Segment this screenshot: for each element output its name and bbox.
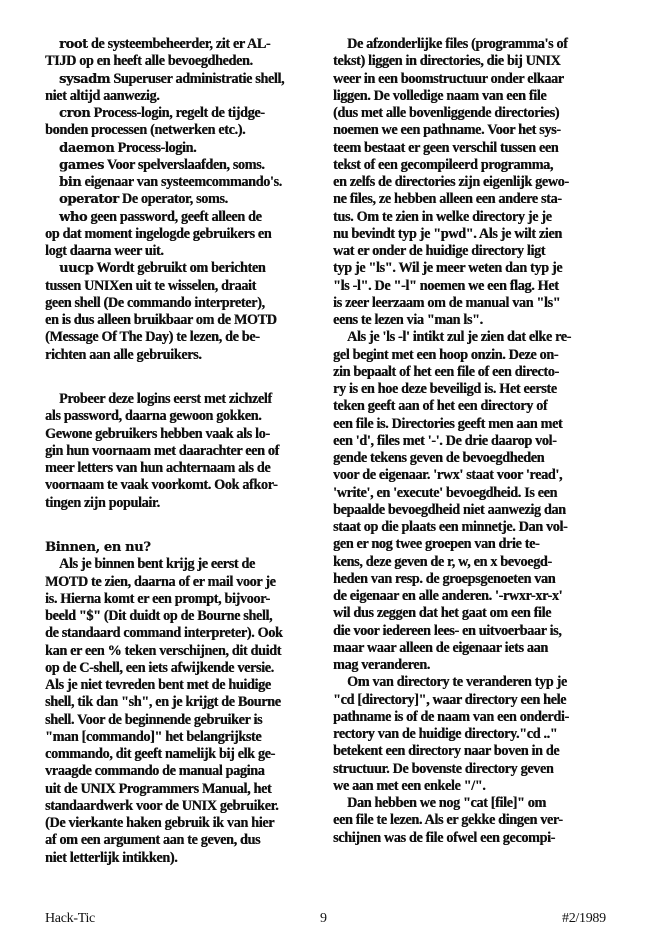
login-name: sysadm — [59, 72, 110, 87]
paragraph-cat: Dan hebben we nog "cat [file]" om een fi… — [333, 795, 609, 847]
text-line: gen er nog twee groepen van drie te- — [333, 536, 609, 553]
text-line: tussen UNIXen uit te wisselen, draait — [45, 278, 321, 295]
text-line: tingen zijn populair. — [45, 495, 321, 512]
text-line: pathname is of de naam van een onderdi- — [333, 709, 609, 726]
text-line: uit de UNIX Programmers Manual, het — [45, 781, 321, 798]
text-line: teem bestaat er geen verschil tussen een — [333, 140, 609, 157]
text-line: gin hun voornaam met daarachter een of — [45, 443, 321, 460]
paragraph-binnen: Als je binnen bent krijg je eerst de MOT… — [45, 556, 321, 867]
text-line: een 'd', files met '-'. De drie daarop v… — [333, 433, 609, 450]
text-line: voor de eigenaar. 'rwx' staat voor 'read… — [333, 467, 609, 484]
spacer — [45, 381, 321, 391]
text-line: logt daarna weer uit. — [45, 243, 321, 260]
text-line: typ je "ls". Wil je meer weten dan typ j… — [333, 260, 609, 277]
text-line: tekst) liggen in directories, die bij UN… — [333, 53, 609, 70]
login-name: uucp — [59, 261, 93, 276]
text-line: kens, deze geven de r, w, en x bevoegd- — [333, 554, 609, 571]
text-line: tus. Om te zien in welke directory je je — [333, 209, 609, 226]
login-name: root — [59, 37, 88, 52]
text-line: standaardwerk voor de UNIX gebruiker. — [45, 798, 321, 815]
text-line: "man [commando]" het belangrijkste — [45, 729, 321, 746]
text-line: gende tekens geven de bevoegdheden — [333, 450, 609, 467]
login-entry-root: root de systeembeheerder, zit er AL- — [45, 36, 321, 53]
text-line: de eigenaar en alle anderen. '-rwxr-xr-x… — [333, 588, 609, 605]
login-entry-operator: operator De operator, soms. — [45, 191, 321, 208]
text-line: richten aan alle gebruikers. — [45, 347, 321, 364]
text-line: zin bepaalt of het een file of een direc… — [333, 364, 609, 381]
text-line: en is dus alleen bruikbaar om de MOTD — [45, 312, 321, 329]
text-line: "cd [directory]", waar directory een hel… — [333, 692, 609, 709]
text-line: Als je 'ls -l' intikt zul je zien dat el… — [333, 329, 609, 346]
text-line: nu bevindt typ je "pwd". Als je wilt zie… — [333, 226, 609, 243]
paragraph-ls-l: Als je 'ls -l' intikt zul je zien dat el… — [333, 329, 609, 674]
text-line: Als je niet tevreden bent met de huidige — [45, 677, 321, 694]
login-name: who — [59, 210, 87, 225]
left-column: root de systeembeheerder, zit er AL- TIJ… — [45, 36, 321, 867]
login-name: bin — [59, 175, 81, 190]
text-line: heden van resp. de groepsgenoeten van — [333, 571, 609, 588]
text-line: staat op die plaats een minnetje. Dan vo… — [333, 519, 609, 536]
text-line: structuur. De bovenste directory geven — [333, 761, 609, 778]
text-line: niet altijd aanwezig. — [45, 88, 321, 105]
text-line: (dus met alle bovenliggende directories) — [333, 105, 609, 122]
text-line: beeld "$" (Dit duidt op de Bourne shell, — [45, 608, 321, 625]
text-line: voornaam te vaak voorkomt. Ook afkor- — [45, 477, 321, 494]
text-line: "ls -l". De "-l" noemen we een flag. Het — [333, 278, 609, 295]
login-name: games — [59, 158, 104, 173]
text-line: maar waar alleen de eigenaar iets aan — [333, 640, 609, 657]
text-line: meer letters van hun achternaam als de — [45, 460, 321, 477]
login-entry-cron: cron Process-login, regelt de tijdge- — [45, 105, 321, 122]
text-line: TIJD op en heeft alle bevoegdheden. — [45, 53, 321, 70]
paragraph-probeer: Probeer deze logins eerst met zichzelf a… — [45, 391, 321, 512]
text-line: 'write', en 'execute' bevoegdheid. Is ee… — [333, 485, 609, 502]
login-entry-who: who geen password, geeft alleen de — [45, 209, 321, 226]
text-line: kan er een % teken verschijnen, dit duid… — [45, 643, 321, 660]
text-line: de standaard command interpreter). Ook — [45, 625, 321, 642]
text-line: ne files, ze hebben alleen een andere st… — [333, 191, 609, 208]
footer-magazine-name: Hack-Tic — [45, 911, 95, 927]
text-line: rectory van de huidige directory."cd .." — [333, 726, 609, 743]
footer-issue: #2/1989 — [562, 911, 606, 927]
login-entry-games: games Voor spelverslaafden, soms. — [45, 157, 321, 174]
text-line: bonden processen (netwerken etc.). — [45, 122, 321, 139]
login-name: daemon — [59, 141, 114, 156]
login-entry-uucp: uucp Wordt gebruikt om berichten — [45, 260, 321, 277]
right-column: De afzonderlijke files (programma's of t… — [333, 36, 609, 847]
login-name: cron — [59, 106, 90, 121]
text-line: tekst of een gecompileerd programma, — [333, 157, 609, 174]
text-line: een file te lezen. Als er gekke dingen v… — [333, 812, 609, 829]
text-line: Om van directory te veranderen typ je — [333, 674, 609, 691]
spacer — [45, 364, 321, 381]
text-line: als password, daarna gewoon gokken. — [45, 408, 321, 425]
login-entry-bin: bin eigenaar van systeemcommando's. — [45, 174, 321, 191]
text-line: een file is. Directories geeft men aan m… — [333, 416, 609, 433]
text-line: wat er onder de huidige directory ligt — [333, 243, 609, 260]
text-line: mag veranderen. — [333, 657, 609, 674]
text-line: we aan met een enkele "/". — [333, 778, 609, 795]
text-line: betekent een directory naar boven in de — [333, 743, 609, 760]
text-line: liggen. De volledige naam van een file — [333, 88, 609, 105]
text-line: op de C-shell, een iets afwijkende versi… — [45, 660, 321, 677]
text-line: geen shell (De commando interpreter), — [45, 295, 321, 312]
text-line: shell, tik dan "sh", en je krijgt de Bou… — [45, 694, 321, 711]
text-line: (De vierkante haken gebruik ik van hier — [45, 815, 321, 832]
text-line: Dan hebben we nog "cat [file]" om — [333, 795, 609, 812]
spacer — [45, 529, 321, 539]
text-line: teken geeft aan of het een directory of — [333, 398, 609, 415]
text-line: die voor iedereen lees- en uitvoerbaar i… — [333, 623, 609, 640]
text-line: en zelfs de directories zijn eigenlijk g… — [333, 174, 609, 191]
text-line: schijnen was de file ofwel een gecompi- — [333, 830, 609, 847]
text-line: vraagde commando de manual pagina — [45, 763, 321, 780]
footer-page-number: 9 — [320, 911, 327, 927]
text-line: Probeer deze logins eerst met zichzelf — [45, 391, 321, 408]
text-line: commando, dit geeft namelijk bij elk ge- — [45, 746, 321, 763]
text-line: (Message Of The Day) te lezen, de be- — [45, 329, 321, 346]
text-line: is zeer leerzaam om de manual van "ls" — [333, 295, 609, 312]
section-heading: Binnen, en nu? — [45, 539, 321, 556]
text-line: niet letterlijk intikken). — [45, 850, 321, 867]
paragraph-directories: De afzonderlijke files (programma's of t… — [333, 36, 609, 329]
text-line: ry is en hoe deze beveiligd is. Het eers… — [333, 381, 609, 398]
text-line: shell. Voor de beginnende gebruiker is — [45, 712, 321, 729]
text-line: is. Hierna komt er een prompt, bijvoor- — [45, 591, 321, 608]
login-entry-sysadm: sysadm Superuser administratie shell, — [45, 71, 321, 88]
text-line: wil dus zeggen dat het gaat om een file — [333, 605, 609, 622]
paragraph-cd: Om van directory te veranderen typ je "c… — [333, 674, 609, 795]
text-line: gel begint met een hoop onzin. Deze on- — [333, 347, 609, 364]
text-line: op dat moment ingelogde gebruikers en — [45, 226, 321, 243]
spacer — [45, 512, 321, 529]
text-line: MOTD te zien, daarna of er mail voor je — [45, 574, 321, 591]
text-line: af om een argument aan te geven, dus — [45, 832, 321, 849]
text-line: eens te lezen via "man ls". — [333, 312, 609, 329]
text-line: Als je binnen bent krijg je eerst de — [45, 556, 321, 573]
text-line: weer in een boomstructuur onder elkaar — [333, 71, 609, 88]
login-entry-daemon: daemon Process-login. — [45, 140, 321, 157]
text-line: De afzonderlijke files (programma's of — [333, 36, 609, 53]
text-line: bepaalde bevoegdheid niet aanwezig dan — [333, 502, 609, 519]
login-name: operator — [59, 192, 119, 207]
text-line: noemen we een pathname. Voor het sys- — [333, 122, 609, 139]
text-line: Gewone gebruikers hebben vaak als lo- — [45, 426, 321, 443]
